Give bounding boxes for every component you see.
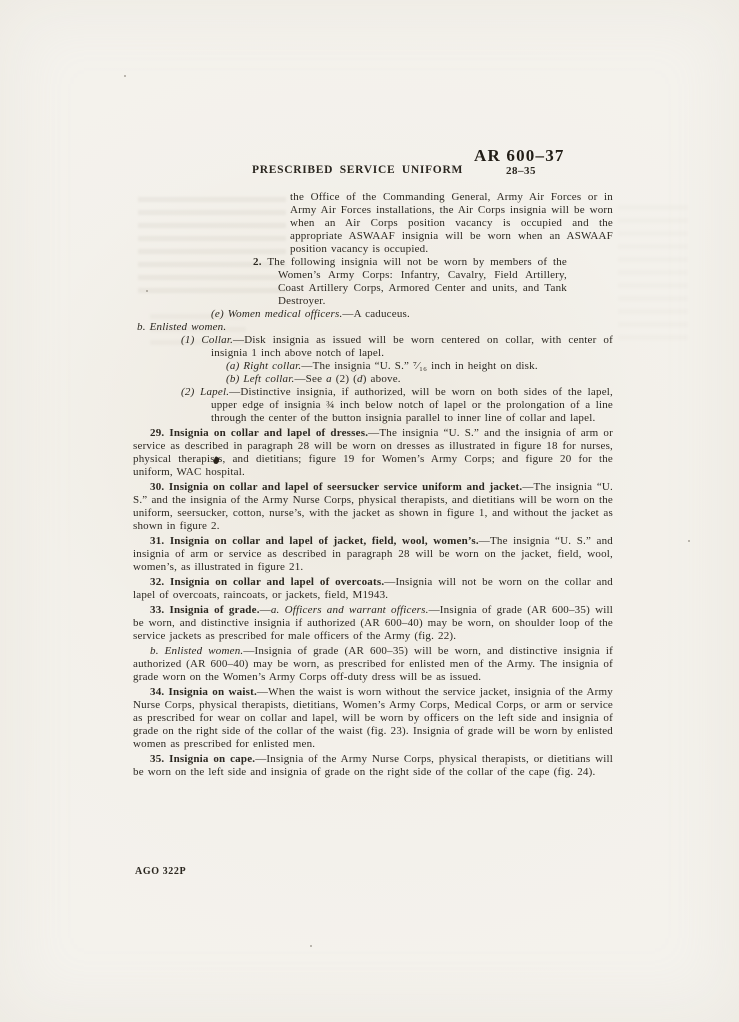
document-body: the Office of the Commanding General, Ar…	[133, 191, 613, 779]
regulation-number: AR 600–37	[474, 146, 565, 166]
para-31-jacket-field-wool: 31. Insignia on collar and lapel of jack…	[133, 535, 613, 574]
para-1-collar: (1) Collar.—Disk insignia as issued will…	[211, 334, 613, 360]
para-30-seersucker: 30. Insignia on collar and lapel of seer…	[133, 481, 613, 533]
paper-speck	[688, 540, 690, 542]
paper-speck	[310, 945, 312, 947]
para-29-dresses: 29. Insignia on collar and lapel of dres…	[133, 427, 613, 479]
para-34-waist: 34. Insignia on waist.—When the waist is…	[133, 686, 613, 751]
paper-speck	[146, 290, 148, 292]
para-b-left-collar: (b) Left collar.—See a (2) (d) above.	[226, 373, 613, 386]
para-e-women-medical-officers: (e) Women medical officers.—A caduceus.	[211, 308, 613, 321]
para-35-cape: 35. Insignia on cape.—Insignia of the Ar…	[133, 753, 613, 779]
bleed-through-ghost-text	[618, 205, 688, 345]
scanned-document-page: AR 600–37 PRESCRIBED SERVICE UNIFORM 28–…	[0, 0, 739, 1022]
para-2-insignia-not-worn: 2. The following insignia will not be wo…	[278, 256, 567, 308]
footer-ago-number: AGO 322P	[135, 866, 186, 877]
paper-speck	[124, 75, 126, 77]
para-continuation-air-corps: the Office of the Commanding General, Ar…	[290, 191, 613, 256]
para-b-enlisted-women: b. Enlisted women.	[137, 321, 613, 334]
paragraph-range: 28–35	[487, 165, 555, 177]
para-33b-grade-enlisted: b. Enlisted women.—Insignia of grade (AR…	[133, 645, 613, 684]
page-title: PRESCRIBED SERVICE UNIFORM	[252, 164, 463, 176]
para-32-overcoats: 32. Insignia on collar and lapel of over…	[133, 576, 613, 602]
para-33-grade-officers: 33. Insignia of grade.—a. Officers and w…	[133, 604, 613, 643]
para-a-right-collar: (a) Right collar.—The insignia “U. S.” ⁷…	[226, 360, 613, 373]
para-2-lapel: (2) Lapel.—Distinctive insignia, if auth…	[211, 386, 613, 425]
